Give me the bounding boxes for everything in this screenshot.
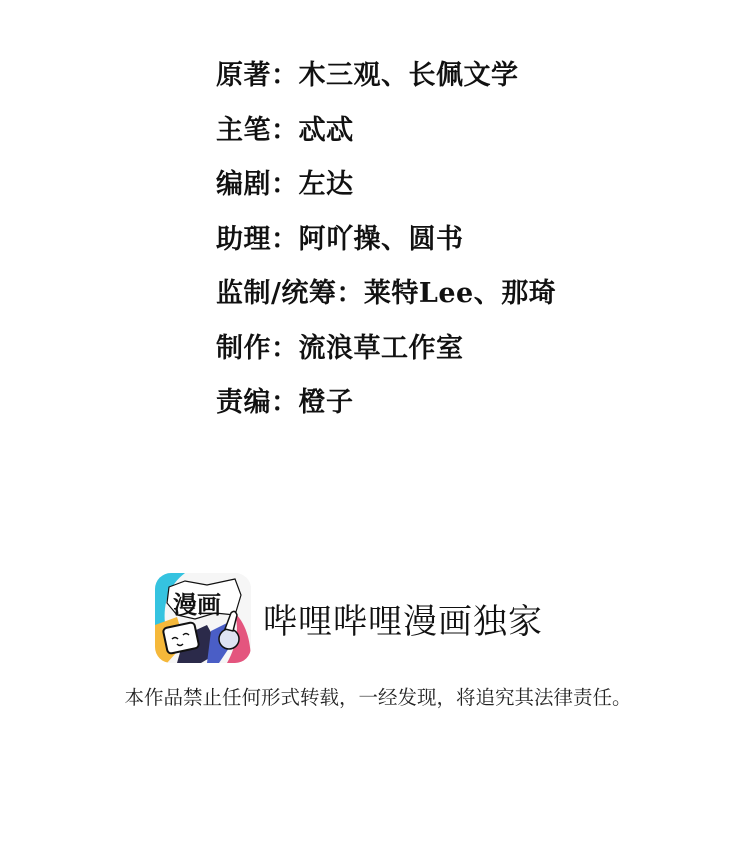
credit-separator: ： [271,387,299,418]
credit-names: 忒忒 [299,115,354,146]
copyright-notice: 本作品禁止任何形式转载，一经发现，将追究其法律责任。 [0,682,756,710]
credit-role: 原著 [216,60,271,91]
credits-list: 原著：木三观、长佩文学 主笔：忒忒 编剧：左达 助理：阿吖操、圆书 监制/统筹：… [216,56,556,438]
credit-role: 监制/统筹 [216,278,336,309]
brand-block: 漫画 哔哩哔哩漫画独家 [155,573,543,663]
credit-names: 阿吖操、圆书 [299,224,464,255]
credit-names: 木三观、长佩文学 [299,60,519,91]
credit-role: 制作 [216,333,271,364]
credit-names: 橙子 [299,387,354,418]
credit-screenwriter: 编剧：左达 [216,165,556,220]
credit-role: 助理 [216,224,271,255]
credit-role: 编剧 [216,169,271,200]
credit-separator: ： [336,278,364,309]
credit-names: 流浪草工作室 [299,333,464,364]
credit-separator: ： [271,169,299,200]
brand-name: 哔哩哔哩漫画独家 [263,594,543,643]
credit-lead-artist: 主笔：忒忒 [216,111,556,166]
credit-names: 莱特Lee、那琦 [364,278,556,309]
credit-role: 责编 [216,387,271,418]
credit-role: 主笔 [216,115,271,146]
bilibili-manga-app-icon: 漫画 [155,573,251,663]
credit-separator: ： [271,224,299,255]
credit-separator: ： [271,333,299,364]
credit-separator: ： [271,60,299,91]
svg-text:漫画: 漫画 [173,590,221,619]
credit-editor: 责编：橙子 [216,383,556,438]
credit-assistants: 助理：阿吖操、圆书 [216,220,556,275]
credit-original-author: 原著：木三观、长佩文学 [216,56,556,111]
credit-supervisor: 监制/统筹：莱特Lee、那琦 [216,274,556,329]
credit-production: 制作：流浪草工作室 [216,329,556,384]
credit-names: 左达 [299,169,354,200]
credit-separator: ： [271,115,299,146]
